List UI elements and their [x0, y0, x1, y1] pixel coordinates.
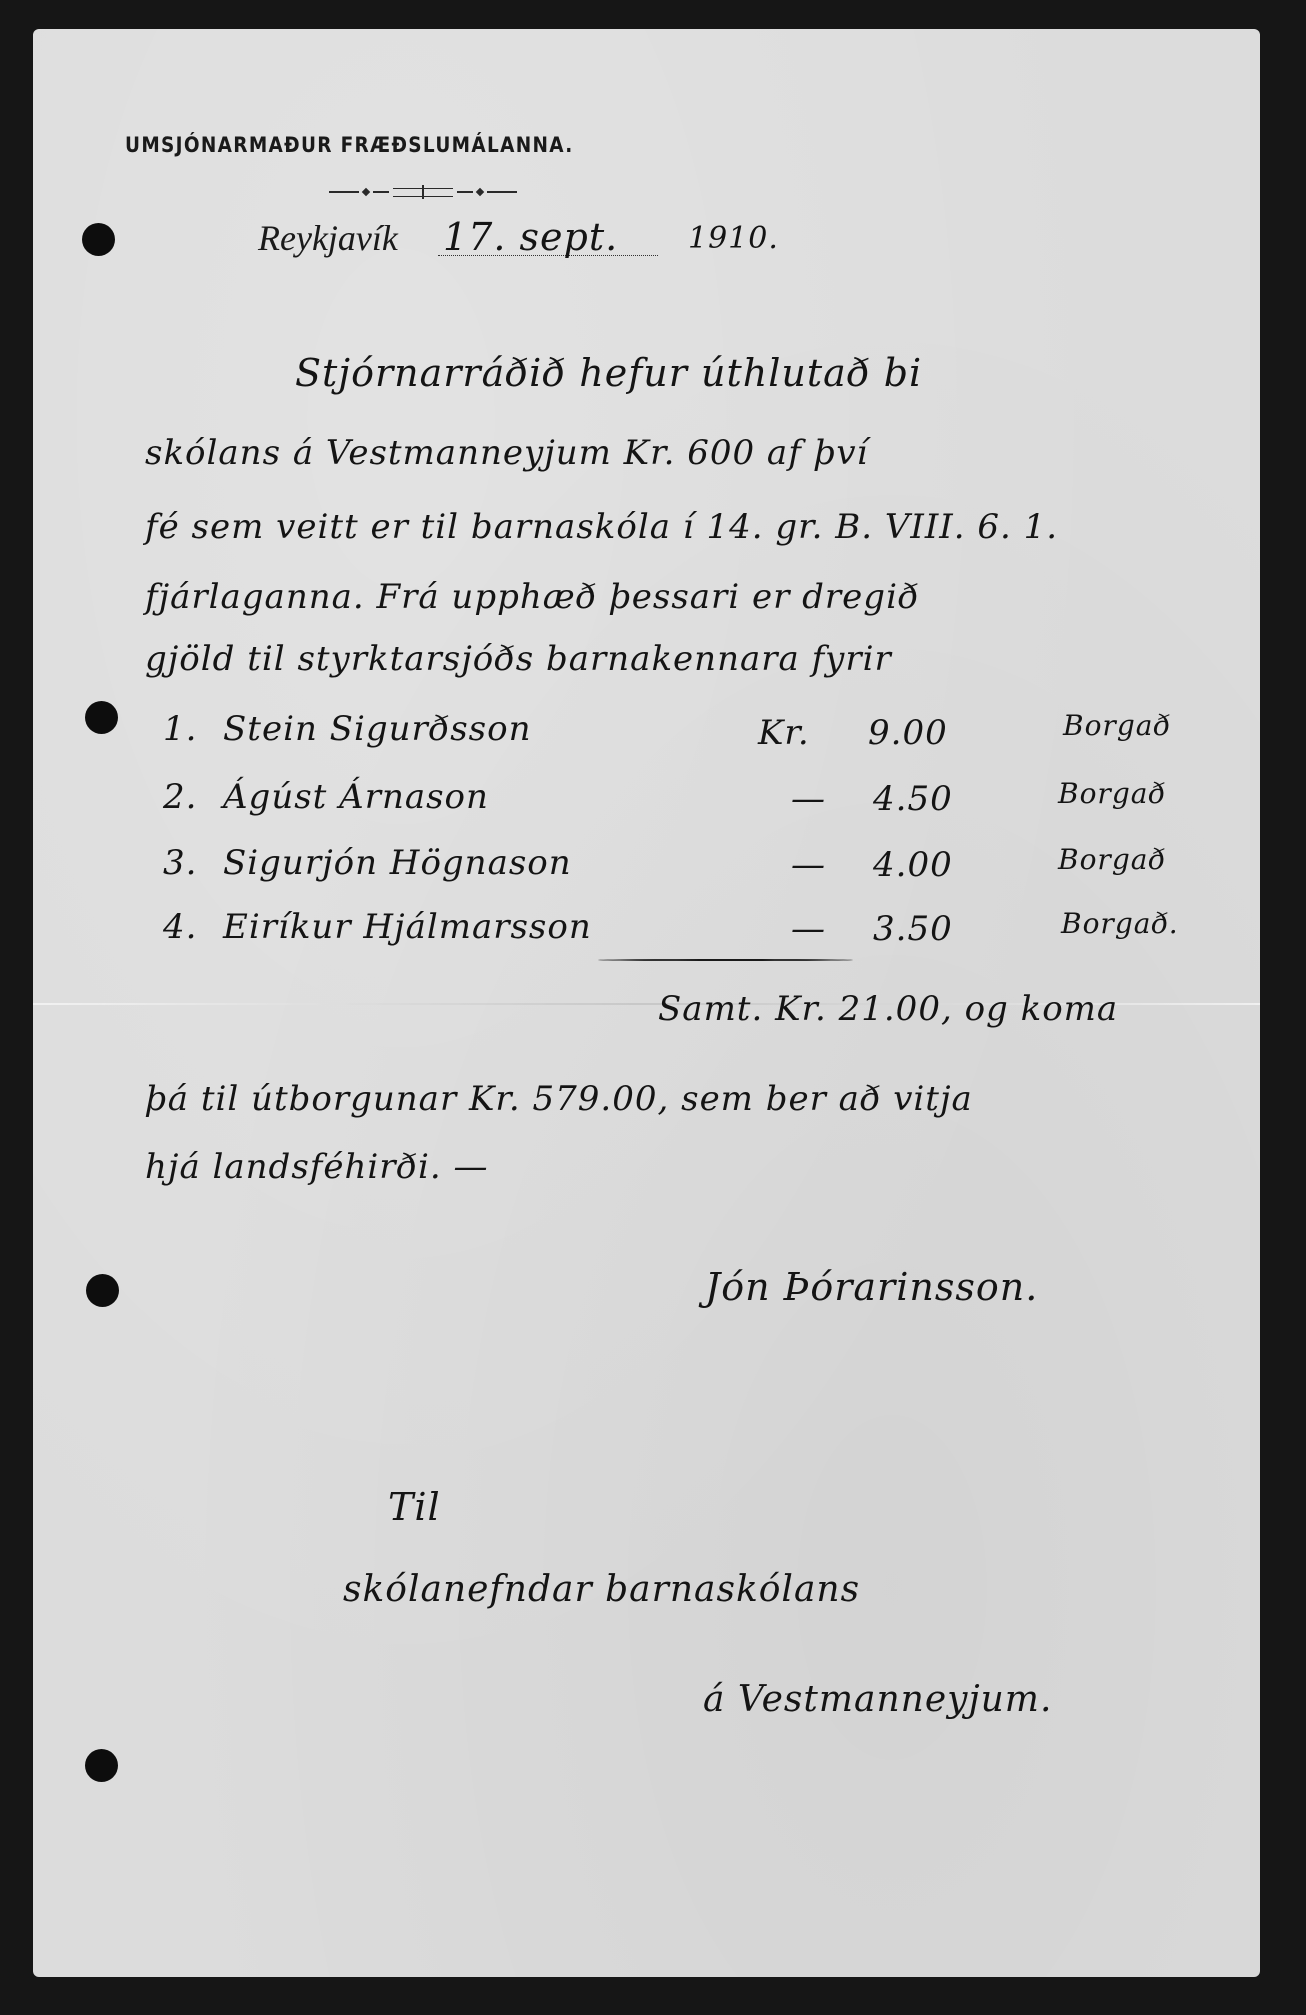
body-line: fé sem veitt er til barnaskóla í 14. gr.…: [145, 507, 1058, 547]
item-prefix: —: [791, 779, 826, 819]
punch-hole: [85, 701, 118, 734]
body-line: Stjórnarráðið hefur úthlutað bi: [295, 351, 922, 395]
letterhead-title: UMSJÓNARMAÐUR FRÆÐSLUMÁLANNA.: [125, 133, 574, 157]
item-amount: 3.50: [873, 909, 953, 949]
item-name: Stein Sigurðsson: [223, 709, 531, 749]
item-number: 1.: [163, 709, 197, 749]
item-name: Ágúst Árnason: [223, 777, 489, 817]
ornament-rule-icon: [329, 187, 517, 197]
closing-line: þá til útborgunar Kr. 579.00, sem ber að…: [145, 1079, 973, 1119]
total-line: Samt. Kr. 21.00, og koma: [658, 989, 1118, 1029]
item-status: Borgað: [1063, 709, 1171, 742]
signature: Jón Þórarinsson.: [705, 1265, 1038, 1309]
item-amount: 4.00: [873, 845, 953, 885]
address-salutation: Til: [388, 1485, 441, 1529]
punch-hole: [82, 223, 115, 256]
address-line-2: á Vestmanneyjum.: [703, 1679, 1052, 1720]
closing-line: hjá landsféhirði. —: [145, 1147, 488, 1187]
item-name: Eiríkur Hjálmarsson: [223, 907, 592, 947]
punch-hole: [85, 1749, 118, 1782]
item-number: 2.: [163, 777, 197, 817]
item-status: Borgað: [1058, 777, 1166, 810]
item-prefix: —: [791, 909, 826, 949]
item-status: Borgað: [1058, 843, 1166, 876]
address-line-1: skólanefndar barnaskólans: [343, 1569, 860, 1610]
item-status: Borgað.: [1061, 907, 1179, 940]
dateline-year: 1910.: [688, 221, 779, 256]
item-prefix: Kr.: [758, 713, 810, 753]
total-underline: [598, 959, 853, 961]
body-line: fjárlaganna. Frá upphæð þessari er dregi…: [145, 577, 919, 617]
body-line: gjöld til styrktarsjóðs barnakennara fyr…: [145, 639, 892, 679]
punch-hole: [86, 1274, 119, 1307]
body-line: skólans á Vestmanneyjum Kr. 600 af því: [145, 433, 868, 473]
item-prefix: —: [791, 845, 826, 885]
item-amount: 4.50: [873, 779, 953, 819]
dateline-place: Reykjavík: [258, 217, 398, 259]
letter-paper: UMSJÓNARMAÐUR FRÆÐSLUMÁLANNA. Reykjavík …: [33, 29, 1260, 1977]
item-amount: 9.00: [868, 713, 948, 753]
item-number: 4.: [163, 907, 197, 947]
item-number: 3.: [163, 843, 197, 883]
dateline-date: 17. sept.: [443, 215, 618, 259]
item-name: Sigurjón Högnason: [223, 843, 572, 883]
